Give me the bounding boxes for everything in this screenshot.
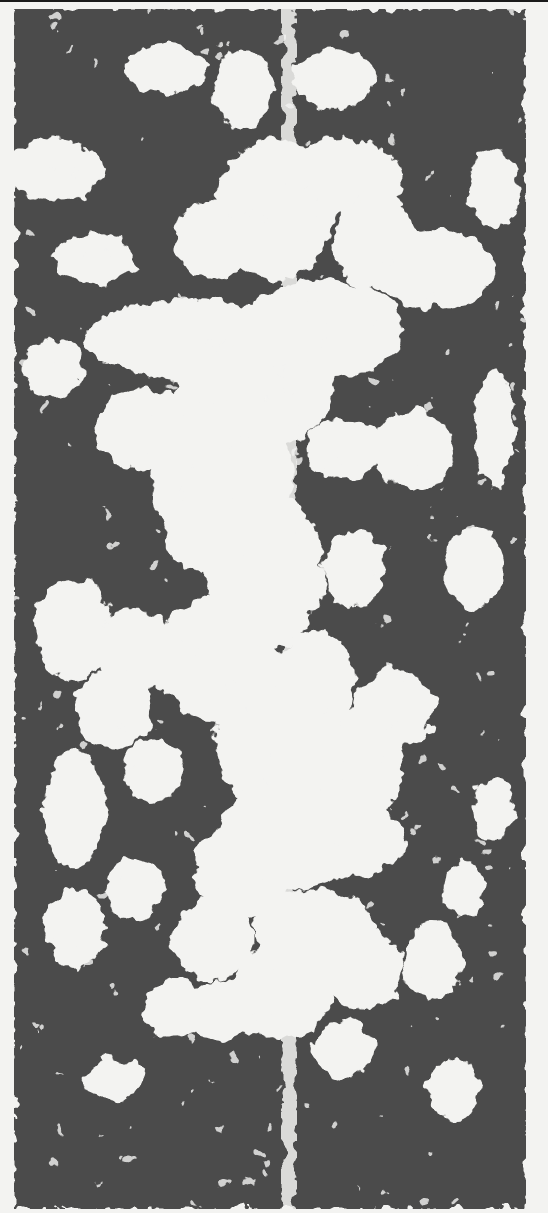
top-border-line xyxy=(0,0,548,2)
stone-rubbing xyxy=(14,9,526,1209)
rubbing-artwork xyxy=(14,9,526,1209)
